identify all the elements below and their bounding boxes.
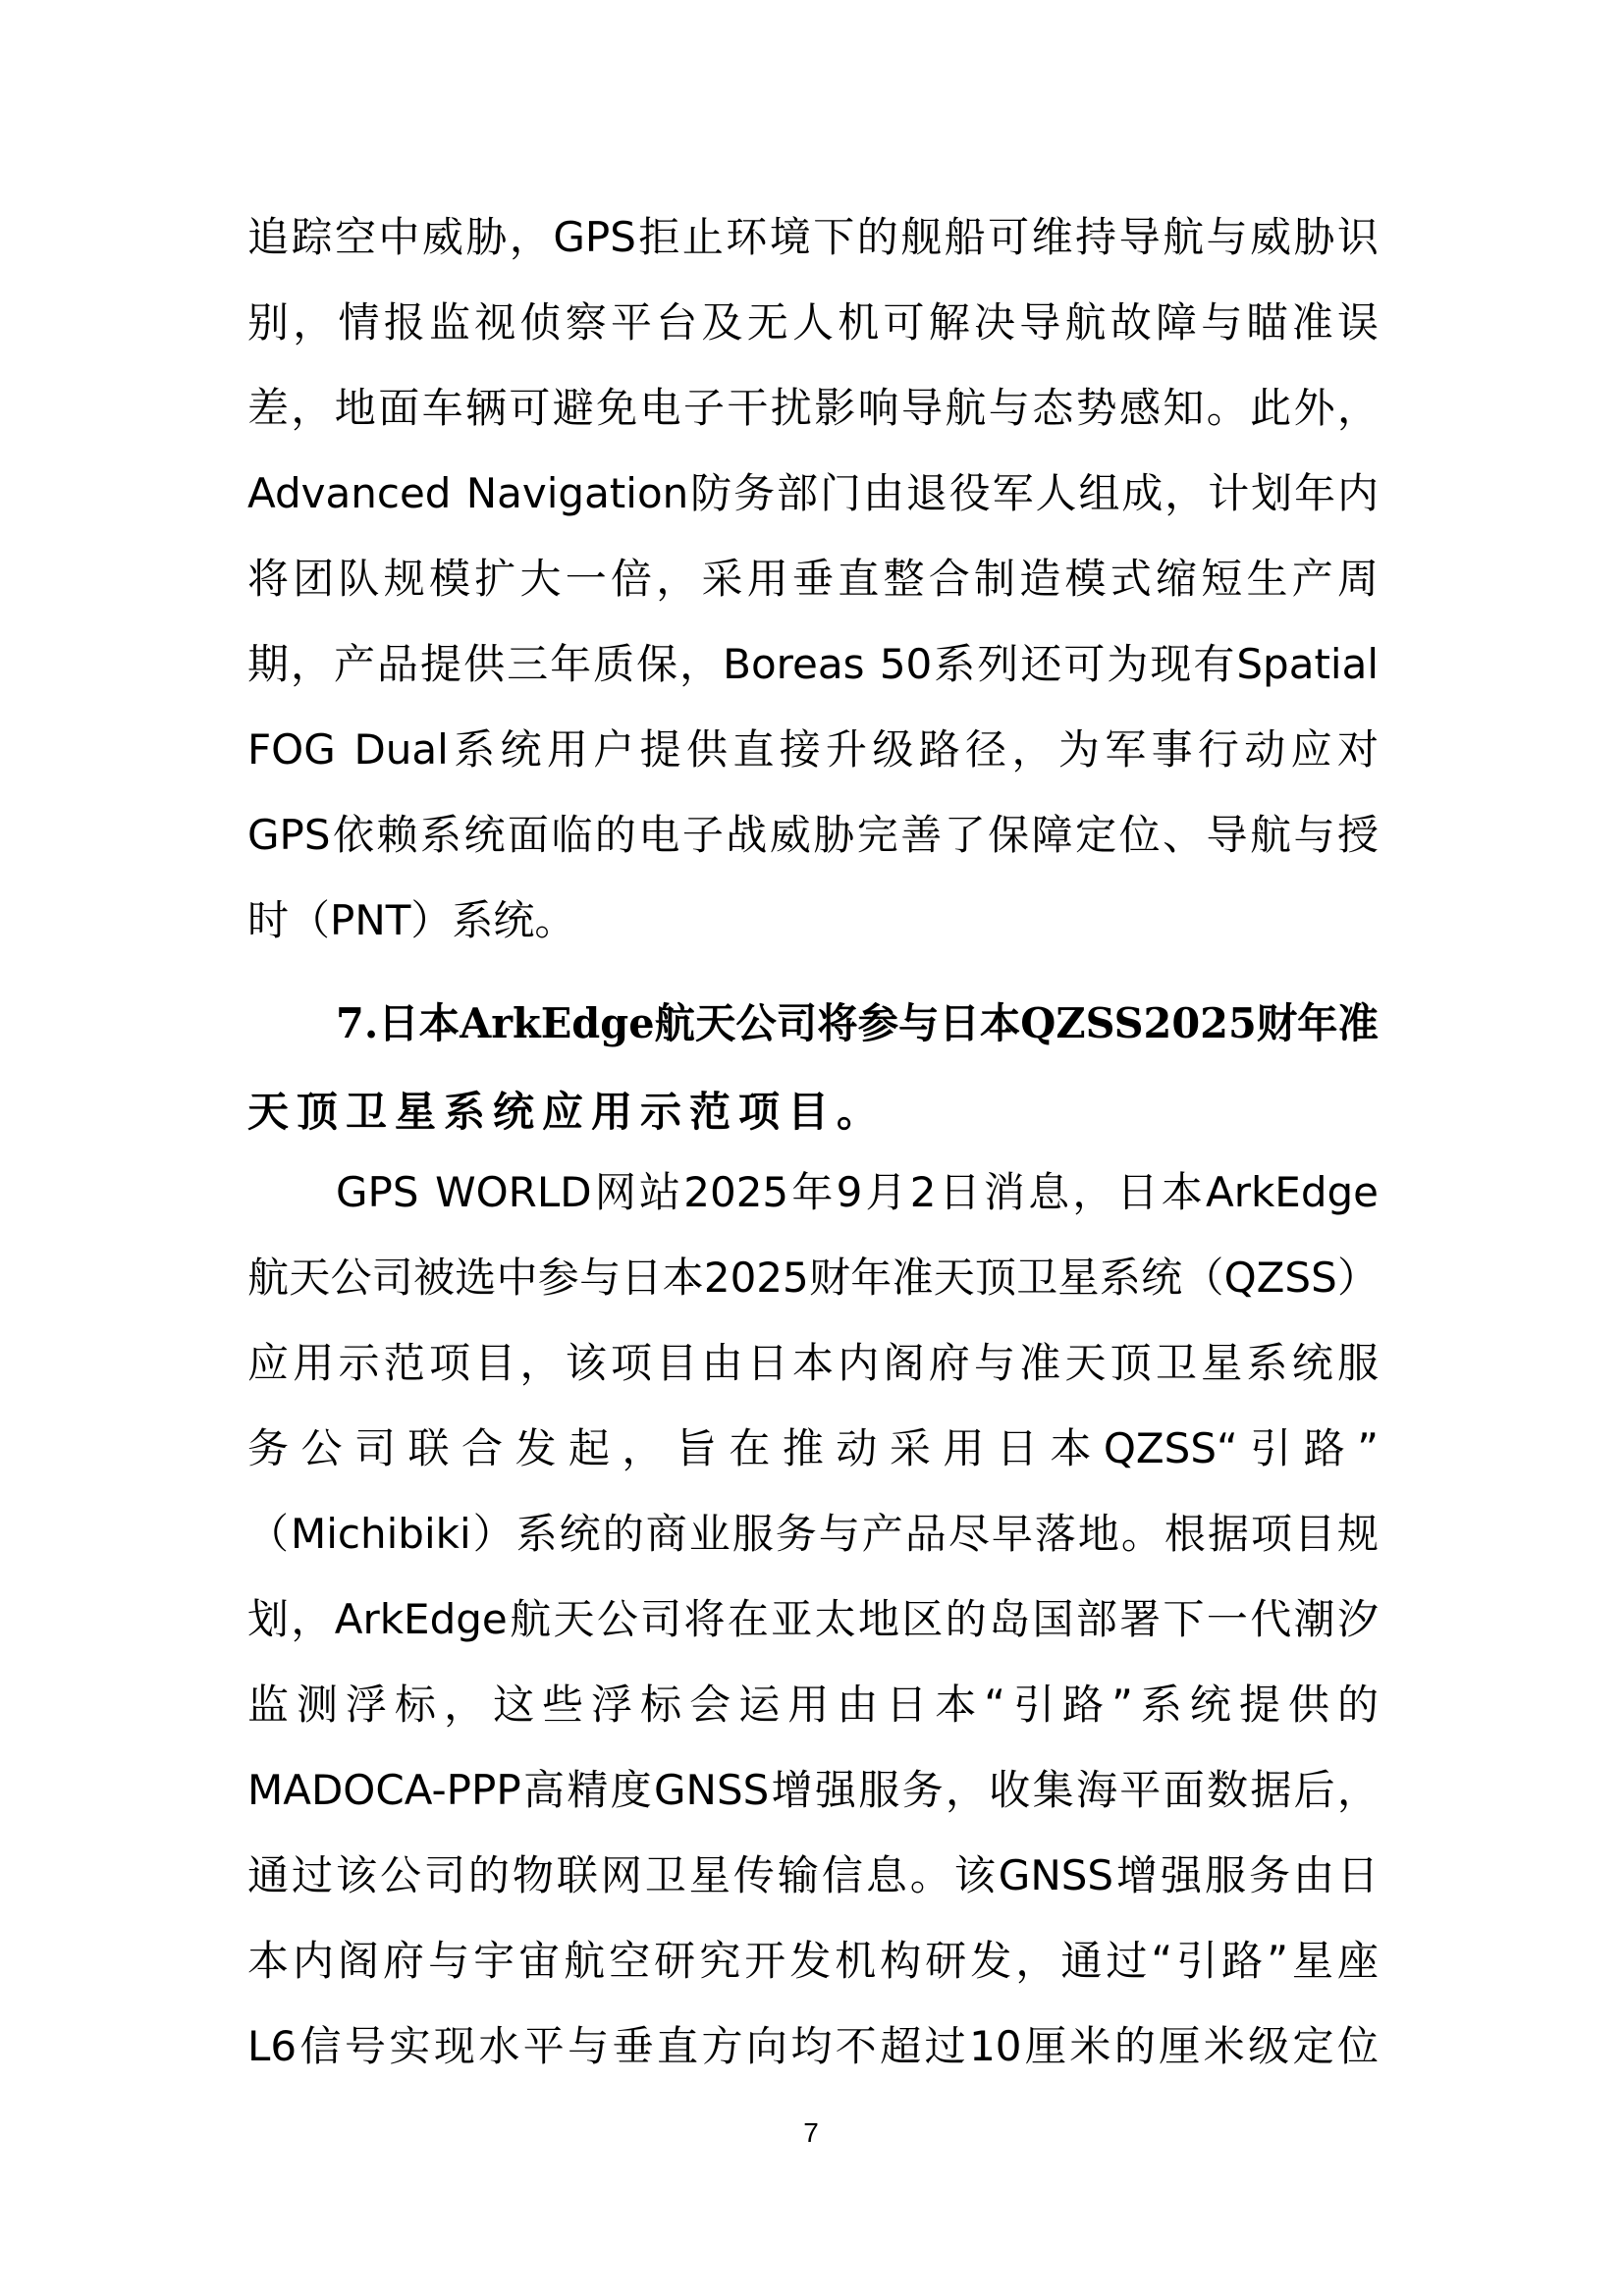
text-line: FOG Dual系统用户提供直接升级路径，为军事行动应对 [247,721,1379,779]
document-page: 追踪空中威胁，GPS拒止环境下的舰船可维持导航与威胁识 别，情报监视侦察平台及无… [0,0,1624,2296]
text-line: GPS依赖系统面临的电子战威胁完善了保障定位、导航与授 [247,806,1379,865]
text-line: 监测浮标，这些浮标会运用由日本“引路”系统提供的 [247,1676,1379,1735]
text-line: 通过该公司的物联网卫星传输信息。该GNSS增强服务由日 [247,1846,1379,1905]
text-line: 期，产品提供三年质保，Boreas 50系列还可为现有Spatial [247,635,1379,694]
page-number: 7 [791,2115,831,2151]
text-line: Advanced Navigation防务部门由退役军人组成，计划年内 [247,464,1379,523]
text-line: GPS WORLD网站2025年9月2日消息，日本ArkEdge [336,1163,1379,1222]
text-line: 划，ArkEdge航天公司将在亚太地区的岛国部署下一代潮汐 [247,1590,1379,1649]
text-line: 追踪空中威胁，GPS拒止环境下的舰船可维持导航与威胁识 [247,208,1379,267]
text-line: 时（PNT）系统。 [247,891,1379,950]
text-line: 本内阁府与宇宙航空研究开发机构研发，通过“引路”星座 [247,1932,1379,1991]
heading-line: 7.日本ArkEdge航天公司将参与日本QZSS2025财年准 [336,994,1364,1053]
text-line: 应用示范项目，该项目由日本内阁府与准天顶卫星系统服 [247,1334,1379,1393]
text-line: L6信号实现水平与垂直方向均不超过10厘米的厘米级定位 [247,2017,1379,2076]
heading-line: 天顶卫星系统应用示范项目。 [247,1083,1379,1142]
text-line: 务公司联合发起，旨在推动采用日本QZSS“引路” [247,1419,1379,1478]
text-line: 将团队规模扩大一倍，采用垂直整合制造模式缩短生产周 [247,550,1379,609]
text-line: （Michibiki）系统的商业服务与产品尽早落地。根据项目规 [247,1505,1379,1564]
text-line: 差，地面车辆可避免电子干扰影响导航与态势感知。此外， [247,379,1379,438]
text-line: 别，情报监视侦察平台及无人机可解决导航故障与瞄准误 [247,294,1379,352]
text-line: 航天公司被选中参与日本2025财年准天顶卫星系统（QZSS） [247,1249,1379,1308]
text-line: MADOCA-PPP高精度GNSS增强服务，收集海平面数据后， [247,1761,1379,1820]
